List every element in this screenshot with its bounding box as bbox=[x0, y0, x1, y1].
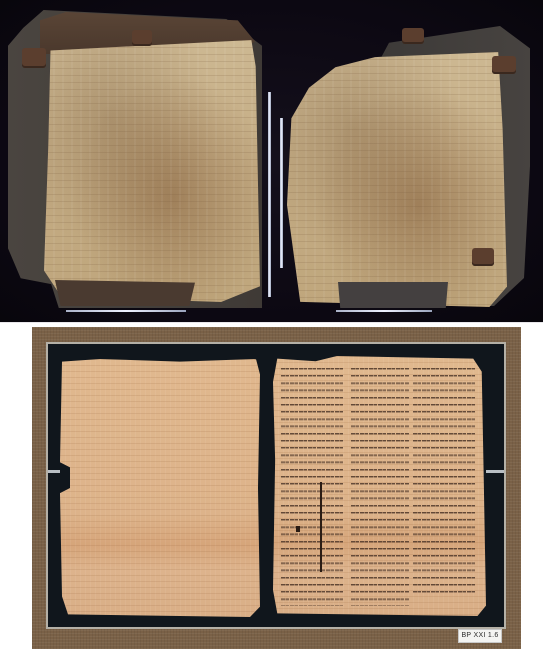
ink-stroke bbox=[320, 482, 322, 572]
display-stand bbox=[336, 310, 432, 312]
leather-tie bbox=[402, 28, 424, 44]
leather-tie bbox=[22, 48, 46, 68]
blank-papyrus-page bbox=[60, 359, 260, 617]
inventory-label: BP XXI 1.6 bbox=[458, 629, 502, 643]
display-stand bbox=[280, 118, 283, 268]
leather-tie bbox=[492, 56, 516, 74]
right-leather-strip-bottom bbox=[338, 282, 448, 308]
inscribed-papyrus-page bbox=[273, 356, 486, 616]
display-stand bbox=[66, 310, 186, 312]
left-leather-strip-bottom bbox=[55, 280, 195, 306]
text-column bbox=[351, 366, 409, 606]
left-papyrus-leaf bbox=[44, 40, 260, 302]
leather-tie bbox=[472, 248, 494, 266]
text-column bbox=[281, 366, 343, 606]
leather-tie bbox=[132, 30, 152, 46]
photo-codex-boards bbox=[0, 0, 543, 322]
text-column bbox=[413, 366, 475, 596]
frame-clip bbox=[48, 470, 60, 473]
display-stand bbox=[268, 92, 271, 297]
divider bbox=[0, 322, 543, 323]
right-papyrus-leaf bbox=[287, 52, 507, 307]
ink-blot bbox=[296, 526, 300, 532]
frame-clip bbox=[486, 470, 504, 473]
